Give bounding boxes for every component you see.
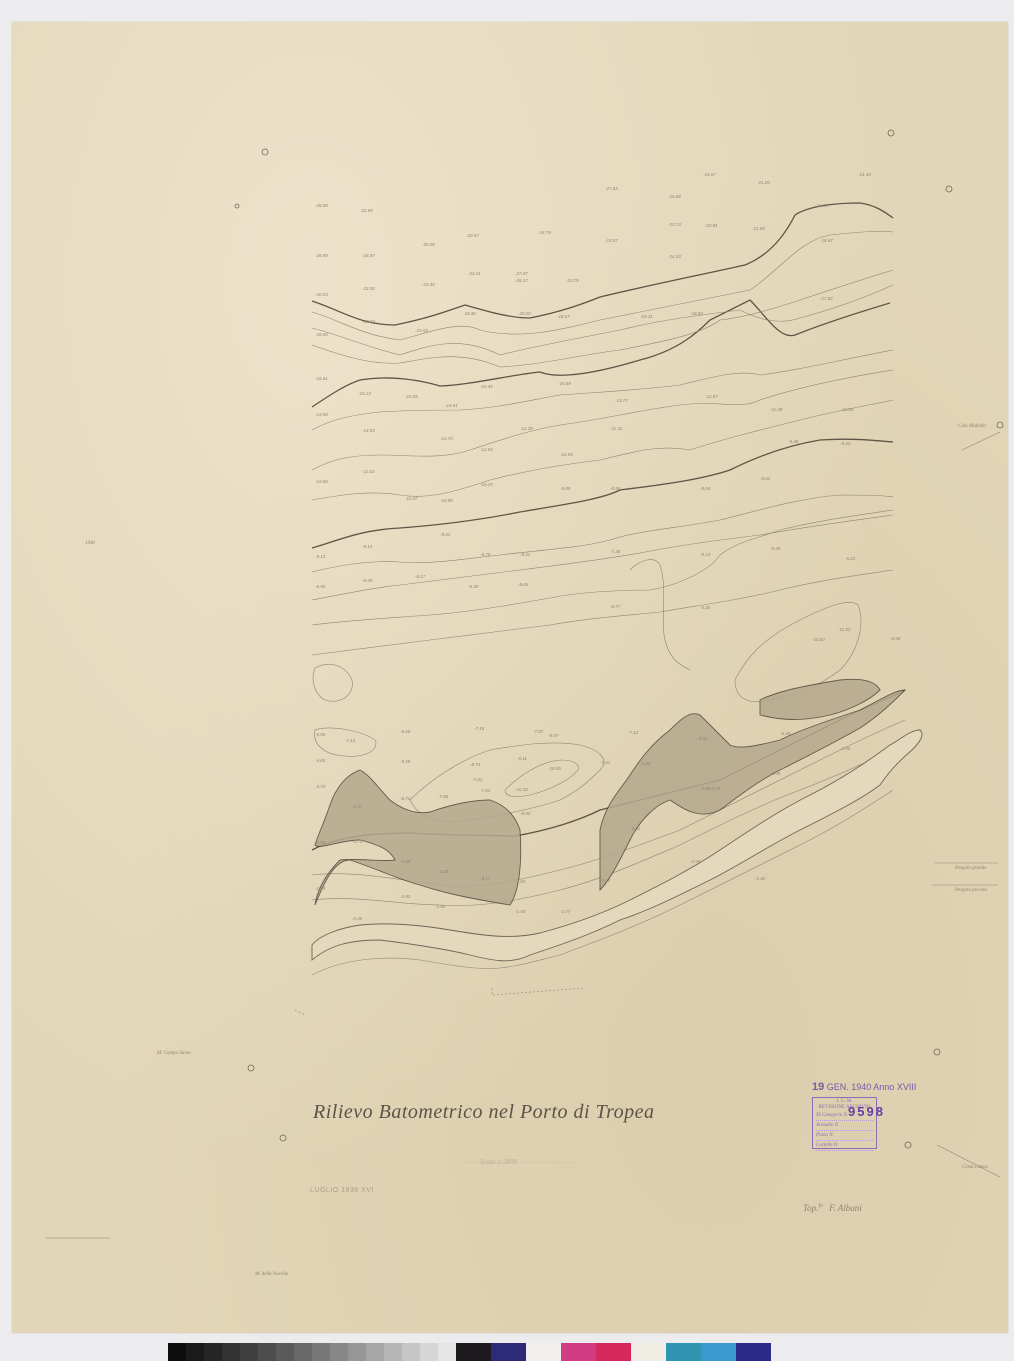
archive-number: 9598 xyxy=(848,1104,885,1119)
svg-text:-3.35: -3.35 xyxy=(438,869,449,874)
svg-text:-15.45: -15.45 xyxy=(480,384,493,389)
svg-text:-6.37: -6.37 xyxy=(352,804,363,809)
svg-text:-6.30: -6.30 xyxy=(468,584,479,589)
gray-swatch xyxy=(186,1343,204,1361)
svg-text:-16.61: -16.61 xyxy=(315,376,328,381)
color-swatch xyxy=(736,1343,771,1361)
svg-text:-5.59: -5.59 xyxy=(400,759,411,764)
svg-text:-2.77: -2.77 xyxy=(560,909,571,914)
svg-text:-19.53: -19.53 xyxy=(415,328,428,333)
gray-swatch xyxy=(348,1343,366,1361)
svg-text:-8.31: -8.31 xyxy=(520,552,531,557)
svg-text:-10.25: -10.25 xyxy=(480,482,493,487)
svg-text:-21.44: -21.44 xyxy=(858,172,871,177)
svg-text:-8.90: -8.90 xyxy=(610,486,621,491)
map-author: Top.foF. Albani xyxy=(803,1203,862,1213)
svg-text:-6.90: -6.90 xyxy=(315,584,326,589)
gray-swatch xyxy=(222,1343,240,1361)
svg-text:-3.73: -3.73 xyxy=(352,839,363,844)
svg-text:-4.65: -4.65 xyxy=(315,758,326,763)
label-left-marker: 1946 xyxy=(85,541,95,546)
svg-text:-11.31: -11.31 xyxy=(610,426,623,431)
stamp-day: 19 xyxy=(812,1081,824,1093)
svg-text:-27.07: -27.07 xyxy=(515,271,528,276)
svg-text:-6.40: -6.40 xyxy=(362,578,373,583)
svg-text:-24.33: -24.33 xyxy=(668,254,681,259)
svg-text:-3.93: -3.93 xyxy=(515,879,526,884)
svg-text:-6.45: -6.45 xyxy=(780,731,791,736)
svg-text:-22.95: -22.95 xyxy=(360,208,373,213)
svg-text:-28.00: -28.00 xyxy=(315,203,328,208)
svg-text:-9.41: -9.41 xyxy=(440,532,451,537)
svg-text:-13.98: -13.98 xyxy=(315,412,328,417)
svg-text:-6.73: -6.73 xyxy=(400,796,411,801)
svg-text:-6.51: -6.51 xyxy=(630,826,641,831)
svg-text:-13.77: -13.77 xyxy=(615,398,628,403)
svg-text:-30.08: -30.08 xyxy=(422,242,435,247)
svg-text:-21.69: -21.69 xyxy=(752,226,765,231)
svg-text:-20.57: -20.57 xyxy=(466,233,479,238)
svg-text:-8.24: -8.24 xyxy=(700,552,711,557)
svg-text:-8.97: -8.97 xyxy=(548,733,559,738)
svg-text:-3.17: -3.17 xyxy=(480,876,491,881)
gray-swatch xyxy=(330,1343,348,1361)
svg-text:-7.85: -7.85 xyxy=(438,794,449,799)
archive-stamp-date: 19 GEN. 1940 Anno XVIII xyxy=(812,1081,916,1093)
svg-text:-7.18: -7.18 xyxy=(474,726,485,731)
svg-text:-2.94: -2.94 xyxy=(690,859,701,864)
svg-text:-19.30: -19.30 xyxy=(463,311,476,316)
svg-text:-5.30: -5.30 xyxy=(640,761,651,766)
svg-text:-4.70: -4.70 xyxy=(315,784,326,789)
svg-text:-7.13: -7.13 xyxy=(345,738,356,743)
svg-text:-6.65: -6.65 xyxy=(518,582,529,587)
svg-text:-7.12: -7.12 xyxy=(628,730,639,735)
svg-text:-6.77: -6.77 xyxy=(610,604,621,609)
svg-text:-8.74: -8.74 xyxy=(470,762,481,767)
svg-text:-24.31: -24.31 xyxy=(468,271,481,276)
svg-text:-6.58: -6.58 xyxy=(890,636,901,641)
color-swatch xyxy=(561,1343,596,1361)
svg-text:-9.46: -9.46 xyxy=(788,439,799,444)
svg-text:-1.42: -1.42 xyxy=(755,876,766,881)
svg-text:-23.97: -23.97 xyxy=(605,238,618,243)
svg-text:-2.80: -2.80 xyxy=(840,746,851,751)
svg-text:-13.70: -13.70 xyxy=(440,436,453,441)
gray-swatch xyxy=(366,1343,384,1361)
svg-text:-5.26: -5.26 xyxy=(700,605,711,610)
svg-text:-24.57: -24.57 xyxy=(703,172,716,177)
svg-text:-20.03: -20.03 xyxy=(315,292,328,297)
svg-text:-12.87: -12.87 xyxy=(705,394,718,399)
svg-text:-6.60: -6.60 xyxy=(400,729,411,734)
svg-text:-10.30: -10.30 xyxy=(515,787,528,792)
svg-text:-9.13: -9.13 xyxy=(315,554,326,559)
svg-text:-8.62: -8.62 xyxy=(760,476,771,481)
gray-swatch xyxy=(420,1343,438,1361)
svg-text:-20.20: -20.20 xyxy=(518,311,531,316)
map-title: Rilievo Batometrico nel Porto di Tropea xyxy=(313,1101,655,1124)
label-pergola-grande: Pergola grande xyxy=(955,866,986,871)
svg-text:-21.20: -21.20 xyxy=(757,180,770,185)
svg-text:-12.92: -12.92 xyxy=(480,447,493,452)
gray-swatch xyxy=(258,1343,276,1361)
gray-swatch xyxy=(240,1343,258,1361)
color-swatch xyxy=(596,1343,631,1361)
color-swatch xyxy=(631,1343,666,1361)
gray-swatch xyxy=(402,1343,420,1361)
svg-text:-24.79: -24.79 xyxy=(538,230,551,235)
svg-text:-10.96: -10.96 xyxy=(440,498,453,503)
color-swatch xyxy=(526,1343,561,1361)
svg-text:-10.09: -10.09 xyxy=(548,766,561,771)
gray-swatch xyxy=(312,1343,330,1361)
svg-text:-11.03: -11.03 xyxy=(841,407,854,412)
svg-text:-12.95: -12.95 xyxy=(560,452,573,457)
author-prefix: Top. xyxy=(803,1203,818,1213)
contour-20m xyxy=(312,203,893,325)
svg-text:-11.28: -11.28 xyxy=(770,407,783,412)
author-sup: fo xyxy=(818,1203,823,1209)
svg-text:-9.43: -9.43 xyxy=(840,441,851,446)
svg-text:-3.95: -3.95 xyxy=(315,840,326,845)
contour-15m xyxy=(312,300,890,407)
svg-text:-7.61: -7.61 xyxy=(480,788,491,793)
stamp-row-shelf: Piano N. xyxy=(816,1131,873,1141)
map-scale: Scala 1:2000 xyxy=(480,1158,517,1166)
svg-text:-7.81: -7.81 xyxy=(472,777,483,782)
svg-text:-7.61: -7.61 xyxy=(600,760,611,765)
svg-text:-15.13: -15.13 xyxy=(358,391,371,396)
svg-text:-11.63: -11.63 xyxy=(362,469,375,474)
svg-text:-23.79: -23.79 xyxy=(566,278,579,283)
svg-text:-26.37: -26.37 xyxy=(515,278,528,283)
svg-text:-18.57: -18.57 xyxy=(557,314,570,319)
color-swatch xyxy=(491,1343,526,1361)
svg-text:-19.88: -19.88 xyxy=(815,203,828,208)
svg-text:-14.91: -14.91 xyxy=(445,403,458,408)
color-swatch xyxy=(666,1343,701,1361)
svg-text:-8.46: -8.46 xyxy=(770,546,781,551)
svg-text:-3.55: -3.55 xyxy=(400,859,411,864)
svg-text:-18.82: -18.82 xyxy=(690,311,703,316)
gray-swatch xyxy=(204,1343,222,1361)
svg-text:-19.31: -19.31 xyxy=(640,314,653,319)
stamp-row-cabinet: Armadio N. xyxy=(816,1121,873,1131)
gray-swatch xyxy=(168,1343,186,1361)
svg-text:-2.93: -2.93 xyxy=(400,894,411,899)
bathymetric-chart: -28.00-22.95-30.08-20.57-24.79-27.63-25.… xyxy=(0,0,1014,1361)
color-swatch xyxy=(456,1343,491,1361)
color-swatch xyxy=(701,1343,736,1361)
svg-text:-9.11: -9.11 xyxy=(517,756,527,761)
gray-swatch xyxy=(384,1343,402,1361)
svg-text:-9.04: -9.04 xyxy=(700,486,711,491)
svg-text:-15.69: -15.69 xyxy=(558,381,571,386)
svg-text:-18.67: -18.67 xyxy=(820,238,833,243)
svg-text:-2.61: -2.61 xyxy=(600,878,611,883)
svg-text:-10.00: -10.00 xyxy=(812,637,825,642)
svg-text:-2.95: -2.95 xyxy=(435,904,446,909)
label-cala-mafalda: Cala Mafalda xyxy=(958,424,986,429)
map-date: LUGLIO 1938 XVI xyxy=(310,1187,374,1194)
color-calibration-bar xyxy=(168,1343,771,1361)
svg-text:-5.22: -5.22 xyxy=(845,556,856,561)
gray-swatch xyxy=(438,1343,456,1361)
label-campo-santo: M. Campo Santo xyxy=(157,1051,191,1056)
svg-text:-12.28: -12.28 xyxy=(520,426,533,431)
svg-text:-1.40: -1.40 xyxy=(515,909,526,914)
label-costa-lemos: Costa Lemos xyxy=(962,1165,988,1170)
svg-text:-4.75: -4.75 xyxy=(710,786,721,791)
gray-swatch xyxy=(276,1343,294,1361)
svg-text:-3.99: -3.99 xyxy=(770,771,781,776)
svg-text:-6.93: -6.93 xyxy=(520,811,531,816)
svg-text:-7.07: -7.07 xyxy=(533,729,544,734)
svg-text:-15.05: -15.05 xyxy=(405,394,418,399)
svg-text:-8.70: -8.70 xyxy=(480,552,491,557)
svg-text:-14.53: -14.53 xyxy=(362,428,375,433)
svg-text:-22.81: -22.81 xyxy=(705,223,718,228)
svg-text:-5.96: -5.96 xyxy=(697,736,708,741)
svg-text:-5.95: -5.95 xyxy=(315,732,326,737)
svg-text:-23.73: -23.73 xyxy=(668,222,681,227)
svg-text:-12.66: -12.66 xyxy=(315,479,328,484)
svg-text:-6.17: -6.17 xyxy=(415,574,426,579)
svg-text:-2.45: -2.45 xyxy=(352,916,363,921)
author-name: F. Albani xyxy=(829,1203,862,1213)
svg-text:-9.80: -9.80 xyxy=(560,486,571,491)
svg-text:-17.82: -17.82 xyxy=(820,296,833,301)
svg-text:-23.38: -23.38 xyxy=(362,286,375,291)
svg-text:-18.93: -18.93 xyxy=(315,332,328,337)
gray-swatch xyxy=(294,1343,312,1361)
svg-text:-7.36: -7.36 xyxy=(610,549,621,554)
svg-text:-18.29: -18.29 xyxy=(362,319,375,324)
svg-text:-11.53: -11.53 xyxy=(838,627,851,632)
svg-text:-11.67: -11.67 xyxy=(405,496,418,501)
stamp-date-rest: GEN. 1940 Anno XVIII xyxy=(827,1082,917,1092)
svg-text:-26.89: -26.89 xyxy=(315,253,328,258)
svg-text:-28.67: -28.67 xyxy=(362,253,375,258)
stamp-row-folder: Cartella N. xyxy=(816,1141,873,1151)
svg-text:-27.63: -27.63 xyxy=(605,186,618,191)
svg-text:-25.68: -25.68 xyxy=(668,194,681,199)
label-pergola-piccola: Pergola piccola xyxy=(955,888,987,893)
svg-text:-9.14: -9.14 xyxy=(362,544,373,549)
svg-text:-23.40: -23.40 xyxy=(422,282,435,287)
label-della-novella: M. della Novella xyxy=(255,1272,288,1277)
svg-text:-2.85: -2.85 xyxy=(315,886,326,891)
